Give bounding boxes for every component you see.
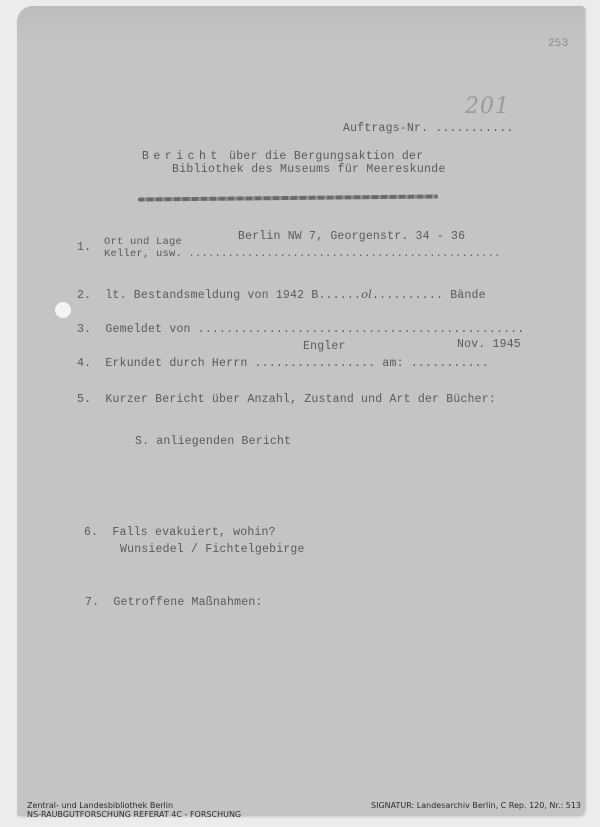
item-3-number: 3. [77,323,91,336]
report-title-word: Bericht [142,150,222,163]
handwritten-order-number: 201 [465,94,510,119]
footer-signature: SIGNATUR: Landesarchiv Berlin, C Rep. 12… [371,801,581,810]
item-1-label-line1: Ort und Lage [104,236,182,248]
item-5-value: S. anliegenden Bericht [135,435,291,448]
item-1-number: 1. [77,241,91,254]
item-4-value: Engler [303,340,346,353]
item-3-label: Gemeldet von [105,323,190,336]
item-4-label: Erkundet durch Herrn [105,357,247,370]
item-5-number: 5. [77,393,91,406]
item-2-label: lt. Bestandsmeldung von 1942 B [105,289,318,302]
item-2-suffix: Bände [450,289,486,302]
item-2-handwritten-value: ol [361,287,372,301]
item-5-row: 5. Kurzer Bericht über Anzahl, Zustand u… [77,393,496,406]
item-6-row: 6. Falls evakuiert, wohin? [84,526,276,539]
item-2-number: 2. [77,289,91,302]
punch-hole [55,302,71,318]
order-number-label: Auftrags-Nr. ........... [343,122,513,135]
report-title-line2: Bibliothek des Museums für Meereskunde [172,163,446,176]
item-4-date-label: am: [382,357,403,370]
item-7-label: Getroffene Maßnahmen: [113,596,262,609]
item-2-row: 2. lt. Bestandsmeldung von 1942 B......o… [77,287,486,302]
item-5-label: Kurzer Bericht über Anzahl, Zustand und … [105,393,496,406]
item-4-row: 4. Erkundet durch Herrn ................… [77,357,489,370]
item-6-value: Wunsiedel / Fichtelgebirge [120,543,305,556]
item-7-number: 7. [85,596,99,609]
item-7-row: 7. Getroffene Maßnahmen: [85,596,263,609]
item-3-row: 3. Gemeldet von ........................… [77,323,524,336]
footer-left: Zentral- und Landesbibliothek Berlin NS-… [27,801,241,819]
footer-institution: Zentral- und Landesbibliothek Berlin [27,801,241,810]
item-1-value: Berlin NW 7, Georgenstr. 34 - 36 [238,230,465,243]
item-4-date-value: Nov. 1945 [457,338,521,351]
item-6-number: 6. [84,526,98,539]
report-title-line1: Bericht über die Bergungsaktion der [142,150,423,163]
page-number: 253 [548,38,568,50]
footer-department: NS-RAUBGUTFORSCHUNG REFERAT 4C - FORSCHU… [27,810,241,819]
item-4-number: 4. [77,357,91,370]
item-6-label: Falls evakuiert, wohin? [112,526,275,539]
item-1-label-line2: Keller, usw. ...........................… [104,248,501,260]
order-number-dots: ........... [435,122,513,135]
